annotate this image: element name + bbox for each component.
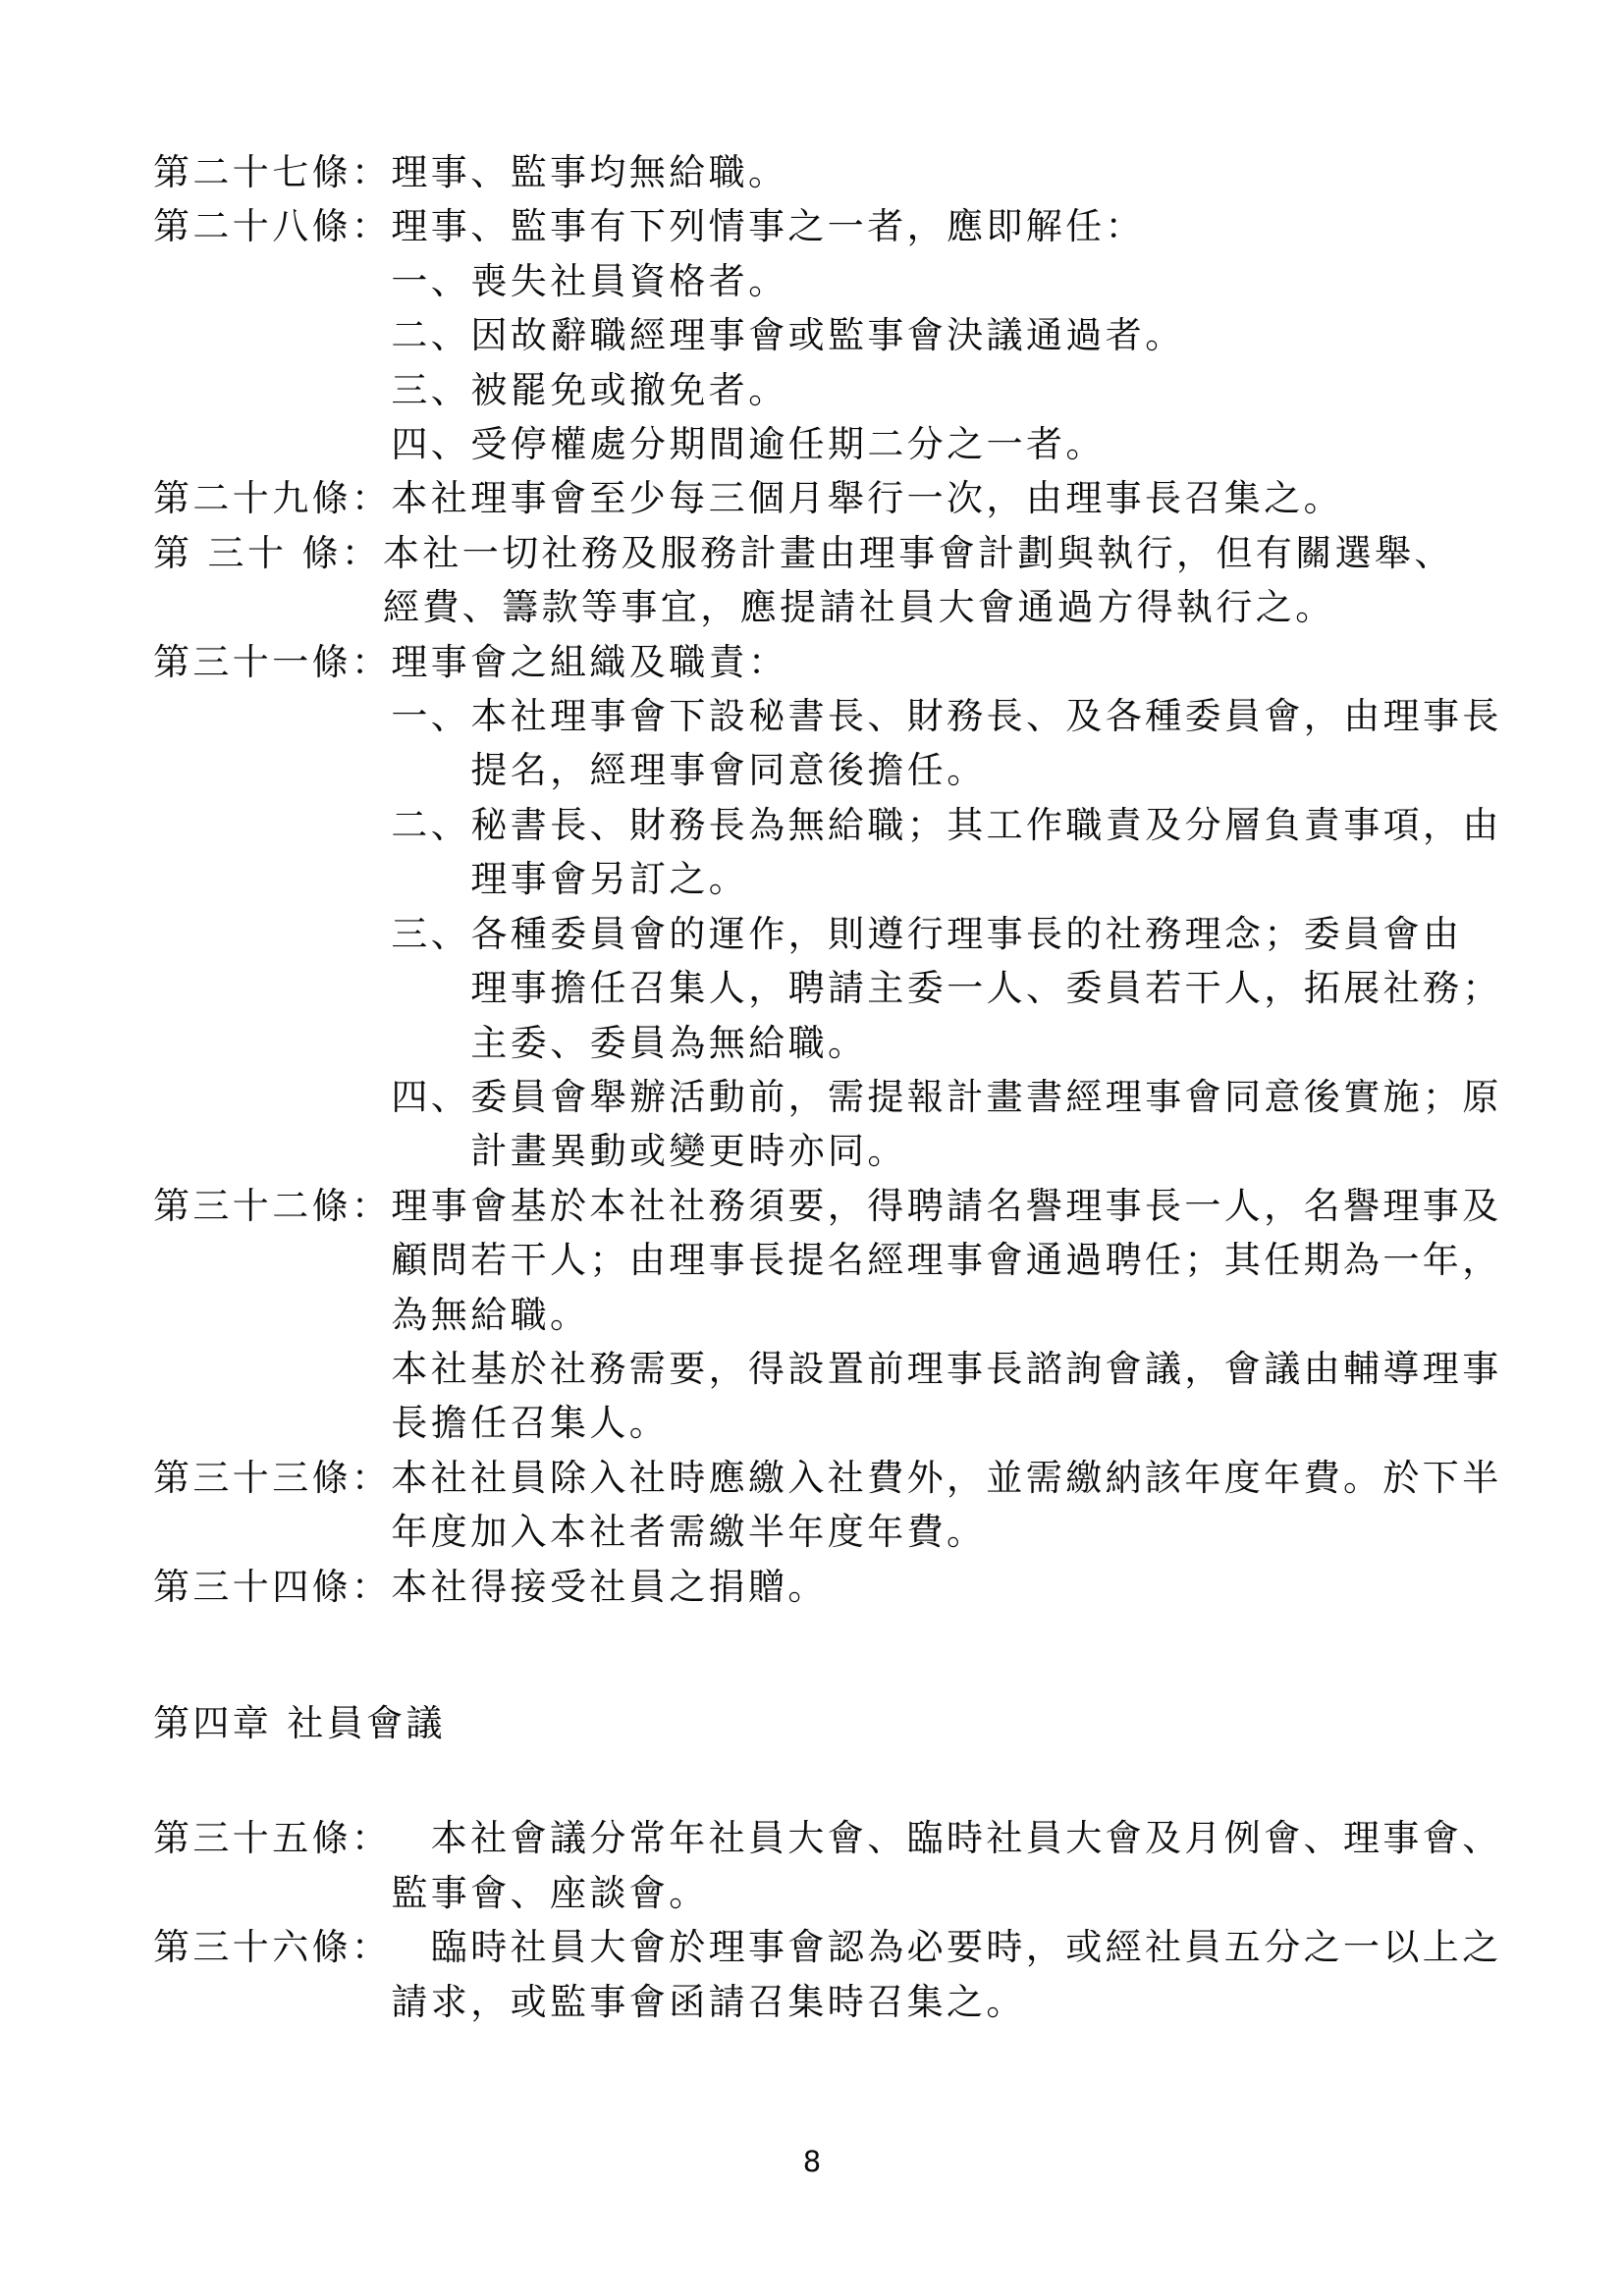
article: 第三十五條： 本社會議分常年社員大會、臨時社員大會及月例會、理事會、 監事會、座…	[153, 1811, 1524, 1920]
paragraph-text: 喪失社員資格者。	[470, 254, 787, 308]
article: 第二十九條：本社理事會至少每三個月舉行一次，由理事長召集之。	[153, 471, 1524, 525]
paragraph-text: 臨時社員大會於理事會認為必要時，或經社員五分之一以上之 請求，或監事會函請召集時…	[391, 1920, 1501, 2029]
article-text: 本社社員除入社時應繳入社費外，並需繳納該年度年費。於下半 年度加入本社者需繳半年…	[391, 1451, 1524, 1560]
paragraph: 本社基於社務需要，得設置前理事長諮詢會議，會議由輔導理事 長擔任召集人。	[391, 1342, 1524, 1451]
article-text: 理事會基於本社社務須要，得聘請名譽理事長一人，名譽理事及 顧問若干人；由理事長提…	[391, 1179, 1524, 1451]
paragraph-text: 本社社員除入社時應繳入社費外，並需繳納該年度年費。於下半 年度加入本社者需繳半年…	[391, 1451, 1501, 1560]
paragraph-text: 理事、監事有下列情事之一者，應即解任：	[391, 199, 1145, 253]
paragraph-text: 受停權處分期間逾任期二分之一者。	[470, 417, 1105, 471]
article-number: 第三十三條：	[153, 1451, 391, 1505]
paragraph: 本社一切社務及服務計畫由理事會計劃與執行，但有關選舉、 經費、籌款等事宜，應提請…	[383, 526, 1524, 635]
article-number: 第二十七條：	[153, 145, 391, 199]
list-item-marker: 二、	[391, 308, 470, 362]
article-number: 第三十五條：	[153, 1811, 391, 1865]
paragraph: 本社理事會至少每三個月舉行一次，由理事長召集之。	[391, 471, 1524, 525]
chapter-heading: 第四章 社員會議	[153, 1696, 1524, 1750]
paragraph-text: 本社理事會至少每三個月舉行一次，由理事長召集之。	[391, 471, 1343, 525]
article: 第三十一條：理事會之組織及職責：一、本社理事會下設秘書長、財務長、及各種委員會，…	[153, 635, 1524, 1179]
article-text: 本社一切社務及服務計畫由理事會計劃與執行，但有關選舉、 經費、籌款等事宜，應提請…	[383, 526, 1524, 635]
article-number: 第三十二條：	[153, 1179, 391, 1233]
list-item-marker: 二、	[391, 798, 470, 852]
article-text: 本社理事會至少每三個月舉行一次，由理事長召集之。	[391, 471, 1524, 525]
paragraph: 理事會之組織及職責：	[391, 635, 1524, 689]
article: 第二十七條：理事、監事均無給職。	[153, 145, 1524, 199]
paragraph-text: 本社會議分常年社員大會、臨時社員大會及月例會、理事會、 監事會、座談會。	[391, 1811, 1501, 1920]
article: 第三十二條：理事會基於本社社務須要，得聘請名譽理事長一人，名譽理事及 顧問若干人…	[153, 1179, 1524, 1451]
paragraph-text: 委員會舉辦活動前，需提報計畫書經理事會同意後實施；原 計畫異動或變更時亦同。	[470, 1070, 1501, 1179]
list-item: 三、被罷免或撤免者。	[391, 363, 1524, 417]
paragraph-text: 理事、監事均無給職。	[391, 145, 787, 199]
list-item: 三、各種委員會的運作，則遵行理事長的社務理念；委員會由 理事擔任召集人，聘請主委…	[391, 907, 1524, 1070]
paragraph-text: 秘書長、財務長為無給職；其工作職責及分層負責事項，由 理事會另訂之。	[470, 798, 1501, 907]
paragraph: 本社得接受社員之捐贈。	[391, 1560, 1524, 1614]
article: 第三十六條： 臨時社員大會於理事會認為必要時，或經社員五分之一以上之 請求，或監…	[153, 1920, 1524, 2029]
list-item: 二、秘書長、財務長為無給職；其工作職責及分層負責事項，由 理事會另訂之。	[391, 798, 1524, 907]
paragraph: 理事、監事均無給職。	[391, 145, 1524, 199]
list-item: 四、受停權處分期間逾任期二分之一者。	[391, 417, 1524, 471]
article-number: 第二十八條：	[153, 199, 391, 253]
paragraph: 理事、監事有下列情事之一者，應即解任：	[391, 199, 1524, 253]
article-number: 第二十九條：	[153, 471, 391, 525]
list-item: 一、喪失社員資格者。	[391, 254, 1524, 308]
article: 第三十四條：本社得接受社員之捐贈。	[153, 1560, 1524, 1614]
list-item: 四、委員會舉辦活動前，需提報計畫書經理事會同意後實施；原 計畫異動或變更時亦同。	[391, 1070, 1524, 1179]
list-item-marker: 四、	[391, 417, 470, 471]
document-page: 第二十七條：理事、監事均無給職。第二十八條：理事、監事有下列情事之一者，應即解任…	[0, 0, 1624, 2296]
list-item-marker: 四、	[391, 1070, 470, 1124]
article-text: 理事、監事均無給職。	[391, 145, 1524, 199]
article-text: 理事、監事有下列情事之一者，應即解任：一、喪失社員資格者。二、因故辭職經理事會或…	[391, 199, 1524, 471]
paragraph-text: 因故辭職經理事會或監事會決議通過者。	[470, 308, 1184, 362]
article-number: 第三十四條：	[153, 1560, 391, 1614]
article-number: 第三十六條：	[153, 1920, 391, 1974]
paragraph: 理事會基於本社社務須要，得聘請名譽理事長一人，名譽理事及 顧問若干人；由理事長提…	[391, 1179, 1524, 1342]
article-number: 第三十一條：	[153, 635, 391, 689]
article: 第三十三條：本社社員除入社時應繳入社費外，並需繳納該年度年費。於下半 年度加入本…	[153, 1451, 1524, 1560]
paragraph: 本社社員除入社時應繳入社費外，並需繳納該年度年費。於下半 年度加入本社者需繳半年…	[391, 1451, 1524, 1560]
list-item-marker: 一、	[391, 254, 470, 308]
paragraph: 臨時社員大會於理事會認為必要時，或經社員五分之一以上之 請求，或監事會函請召集時…	[391, 1920, 1524, 2029]
article: 第二十八條：理事、監事有下列情事之一者，應即解任：一、喪失社員資格者。二、因故辭…	[153, 199, 1524, 471]
list-item: 二、因故辭職經理事會或監事會決議通過者。	[391, 308, 1524, 362]
bylaws-content: 第二十七條：理事、監事均無給職。第二十八條：理事、監事有下列情事之一者，應即解任…	[153, 145, 1524, 2029]
article-text: 理事會之組織及職責：一、本社理事會下設秘書長、財務長、及各種委員會，由理事長 提…	[391, 635, 1524, 1179]
list-item-marker: 三、	[391, 363, 470, 417]
paragraph-text: 理事會基於本社社務須要，得聘請名譽理事長一人，名譽理事及 顧問若干人；由理事長提…	[391, 1179, 1501, 1342]
paragraph: 本社會議分常年社員大會、臨時社員大會及月例會、理事會、 監事會、座談會。	[391, 1811, 1524, 1920]
article-text: 臨時社員大會於理事會認為必要時，或經社員五分之一以上之 請求，或監事會函請召集時…	[391, 1920, 1524, 2029]
paragraph-text: 本社一切社務及服務計畫由理事會計劃與執行，但有關選舉、 經費、籌款等事宜，應提請…	[383, 526, 1454, 635]
paragraph-text: 本社得接受社員之捐贈。	[391, 1560, 827, 1614]
list-item: 一、本社理事會下設秘書長、財務長、及各種委員會，由理事長 提名，經理事會同意後擔…	[391, 689, 1524, 798]
paragraph-text: 各種委員會的運作，則遵行理事長的社務理念；委員會由 理事擔任召集人，聘請主委一人…	[470, 907, 1501, 1070]
article-text: 本社會議分常年社員大會、臨時社員大會及月例會、理事會、 監事會、座談會。	[391, 1811, 1524, 1920]
article-number: 第 三十 條：	[153, 526, 383, 580]
list-item-marker: 三、	[391, 907, 470, 961]
article-text: 本社得接受社員之捐贈。	[391, 1560, 1524, 1614]
list-item-marker: 一、	[391, 689, 470, 743]
paragraph-text: 被罷免或撤免者。	[470, 363, 787, 417]
article: 第 三十 條：本社一切社務及服務計畫由理事會計劃與執行，但有關選舉、 經費、籌款…	[153, 526, 1524, 635]
paragraph-text: 理事會之組織及職責：	[391, 635, 787, 689]
page-number: 8	[0, 2145, 1624, 2178]
paragraph-text: 本社基於社務需要，得設置前理事長諮詢會議，會議由輔導理事 長擔任召集人。	[391, 1342, 1501, 1451]
paragraph-text: 本社理事會下設秘書長、財務長、及各種委員會，由理事長 提名，經理事會同意後擔任。	[470, 689, 1501, 798]
